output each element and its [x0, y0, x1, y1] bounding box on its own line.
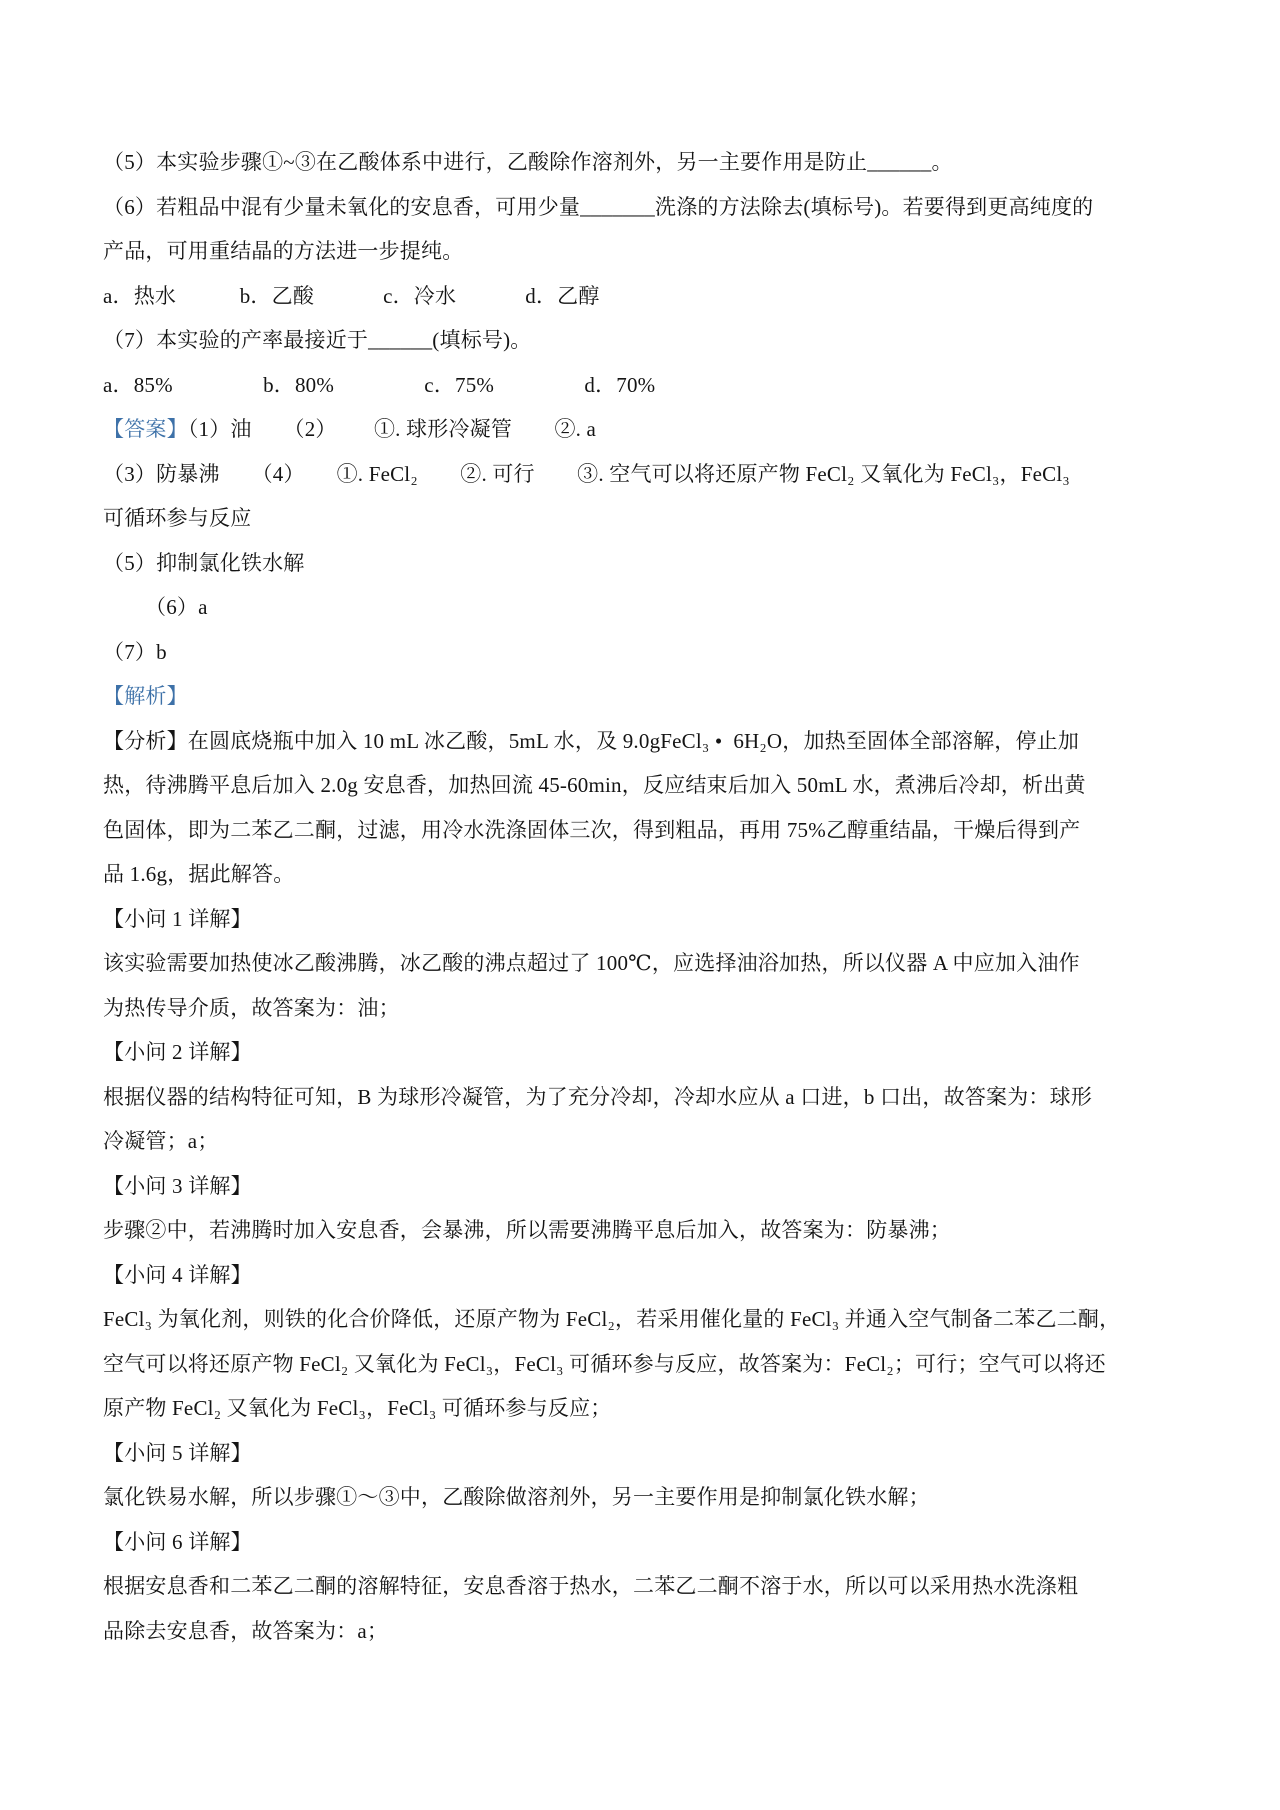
text-segment: 冷凝管；a； [103, 1129, 219, 1153]
subquestion-4-header: 【小问 4 详解】 [103, 1253, 1223, 1298]
text-segment: 品 1.6g，据此解答。 [103, 862, 294, 886]
document-content: （5）本实验步骤①~③在乙酸体系中进行，乙酸除作溶剂外，另一主要作用是防止___… [103, 140, 1223, 1653]
question-6-line-2: 产品，可用重结晶的方法进一步提纯。 [103, 229, 1223, 274]
text-segment: 可循环参与反应 [103, 506, 251, 530]
answer-line-6: （7）b [103, 630, 1223, 675]
subquestion-1-header: 【小问 1 详解】 [103, 897, 1223, 942]
text-segment: 原产物 FeCl₂ 又氧化为 FeCl₃，FeCl₃ 可循环参与反应； [103, 1396, 612, 1420]
text-segment: 氯化铁易水解，所以步骤①～③中，乙酸除做溶剂外，另一主要作用是抑制氯化铁水解； [103, 1485, 930, 1509]
text-segment: 空气可以将还原产物 FeCl₂ 又氧化为 FeCl₃，FeCl₃ 可循环参与反应… [103, 1352, 1106, 1376]
text-segment: 色固体，即为二苯乙二酮，过滤，用冷水洗涤固体三次，得到粗品，再用 75%乙醇重结… [103, 818, 1080, 842]
text-segment: （7）b [103, 640, 167, 664]
text-segment: （7）本实验的产率最接近于______(填标号)。 [103, 328, 532, 352]
section-label: 【解析】 [103, 684, 188, 708]
text-segment: 步骤②中，若沸腾时加入安息香，会暴沸，所以需要沸腾平息后加入，故答案为：防暴沸； [103, 1218, 951, 1242]
text-segment: （5）抑制氯化铁水解 [103, 551, 305, 575]
section-label: 【答案】 [103, 417, 188, 441]
text-segment: 该实验需要加热使冰乙酸沸腾，冰乙酸的沸点超过了 100℃，应选择油浴加热，所以仪… [103, 951, 1080, 975]
subquestion-1-line-2: 为热传导介质，故答案为：油； [103, 986, 1223, 1031]
text-segment: 【小问 4 详解】 [103, 1263, 252, 1287]
subquestion-3-line-1: 步骤②中，若沸腾时加入安息香，会暴沸，所以需要沸腾平息后加入，故答案为：防暴沸； [103, 1208, 1223, 1253]
text-segment: 根据仪器的结构特征可知，B 为球形冷凝管，为了充分冷却，冷却水应从 a 口进，b… [103, 1085, 1092, 1109]
text-segment: （1）油 （2） ①. 球形冷凝管 ②. a [188, 417, 596, 441]
text-segment: （6）a [145, 595, 208, 619]
subquestion-6-header: 【小问 6 详解】 [103, 1520, 1223, 1565]
analysis-line-1: 【分析】在圆底烧瓶中加入 10 mL 冰乙酸，5mL 水，及 9.0gFeCl₃… [103, 719, 1223, 764]
options-yield: a．85% b．80% c．75% d．70% [103, 363, 1223, 408]
text-segment: 【小问 1 详解】 [103, 907, 252, 931]
text-segment: 【小问 5 详解】 [103, 1441, 252, 1465]
answer-line-2: （3）防暴沸 （4） ①. FeCl₂ ②. 可行 ③. 空气可以将还原产物 F… [103, 452, 1223, 497]
subquestion-6-line-2: 品除去安息香，故答案为：a； [103, 1609, 1223, 1654]
text-segment: （5）本实验步骤①~③在乙酸体系中进行，乙酸除作溶剂外，另一主要作用是防止___… [103, 150, 953, 174]
subquestion-4-line-3: 原产物 FeCl₂ 又氧化为 FeCl₃，FeCl₃ 可循环参与反应； [103, 1386, 1223, 1431]
analysis-line-4: 品 1.6g，据此解答。 [103, 852, 1223, 897]
subquestion-5-line-1: 氯化铁易水解，所以步骤①～③中，乙酸除做溶剂外，另一主要作用是抑制氯化铁水解； [103, 1475, 1223, 1520]
subquestion-2-line-1: 根据仪器的结构特征可知，B 为球形冷凝管，为了充分冷却，冷却水应从 a 口进，b… [103, 1075, 1223, 1120]
answer-line-4: （5）抑制氯化铁水解 [103, 541, 1223, 586]
text-segment: 【小问 6 详解】 [103, 1530, 252, 1554]
text-segment: 热，待沸腾平息后加入 2.0g 安息香，加热回流 45-60min，反应结束后加… [103, 773, 1086, 797]
text-segment: 根据安息香和二苯乙二酮的溶解特征，安息香溶于热水，二苯乙二酮不溶于水，所以可以采… [103, 1574, 1078, 1598]
text-segment: 【小问 3 详解】 [103, 1174, 252, 1198]
text-segment: 为热传导介质，故答案为：油； [103, 996, 400, 1020]
subquestion-2-line-2: 冷凝管；a； [103, 1119, 1223, 1164]
text-segment: （6）若粗品中混有少量未氧化的安息香，可用少量_______洗涤的方法除去(填标… [103, 195, 1093, 219]
subquestion-5-header: 【小问 5 详解】 [103, 1431, 1223, 1476]
text-segment: FeCl₃ 为氧化剂，则铁的化合价降低，还原产物为 FeCl₂，若采用催化量的 … [103, 1307, 1120, 1331]
text-segment: 【分析】在圆底烧瓶中加入 10 mL 冰乙酸，5mL 水，及 9.0gFeCl₃… [103, 729, 1079, 753]
answer-line-3: 可循环参与反应 [103, 496, 1223, 541]
text-segment: 品除去安息香，故答案为：a； [103, 1619, 388, 1643]
question-7: （7）本实验的产率最接近于______(填标号)。 [103, 318, 1223, 363]
analysis-line-3: 色固体，即为二苯乙二酮，过滤，用冷水洗涤固体三次，得到粗品，再用 75%乙醇重结… [103, 808, 1223, 853]
options-wash: a．热水 b．乙酸 c．冷水 d．乙醇 [103, 274, 1223, 319]
question-5: （5）本实验步骤①~③在乙酸体系中进行，乙酸除作溶剂外，另一主要作用是防止___… [103, 140, 1223, 185]
subquestion-4-line-1: FeCl₃ 为氧化剂，则铁的化合价降低，还原产物为 FeCl₂，若采用催化量的 … [103, 1297, 1223, 1342]
subquestion-2-header: 【小问 2 详解】 [103, 1030, 1223, 1075]
text-segment: 产品，可用重结晶的方法进一步提纯。 [103, 239, 463, 263]
text-segment: （3）防暴沸 （4） ①. FeCl₂ ②. 可行 ③. 空气可以将还原产物 F… [103, 462, 1070, 486]
document-page: （5）本实验步骤①~③在乙酸体系中进行，乙酸除作溶剂外，另一主要作用是防止___… [0, 0, 1280, 1810]
answer-line-1: 【答案】（1）油 （2） ①. 球形冷凝管 ②. a [103, 407, 1223, 452]
subquestion-6-line-1: 根据安息香和二苯乙二酮的溶解特征，安息香溶于热水，二苯乙二酮不溶于水，所以可以采… [103, 1564, 1223, 1609]
subquestion-4-line-2: 空气可以将还原产物 FeCl₂ 又氧化为 FeCl₃，FeCl₃ 可循环参与反应… [103, 1342, 1223, 1387]
answer-line-5: （6）a [103, 585, 1223, 630]
subquestion-1-line-1: 该实验需要加热使冰乙酸沸腾，冰乙酸的沸点超过了 100℃，应选择油浴加热，所以仪… [103, 941, 1223, 986]
analysis-line-2: 热，待沸腾平息后加入 2.0g 安息香，加热回流 45-60min，反应结束后加… [103, 763, 1223, 808]
analysis-header: 【解析】 [103, 674, 1223, 719]
text-segment: a．85% b．80% c．75% d．70% [103, 373, 655, 397]
text-segment: a．热水 b．乙酸 c．冷水 d．乙醇 [103, 284, 600, 308]
subquestion-3-header: 【小问 3 详解】 [103, 1164, 1223, 1209]
text-segment: 【小问 2 详解】 [103, 1040, 252, 1064]
question-6-line-1: （6）若粗品中混有少量未氧化的安息香，可用少量_______洗涤的方法除去(填标… [103, 185, 1223, 230]
